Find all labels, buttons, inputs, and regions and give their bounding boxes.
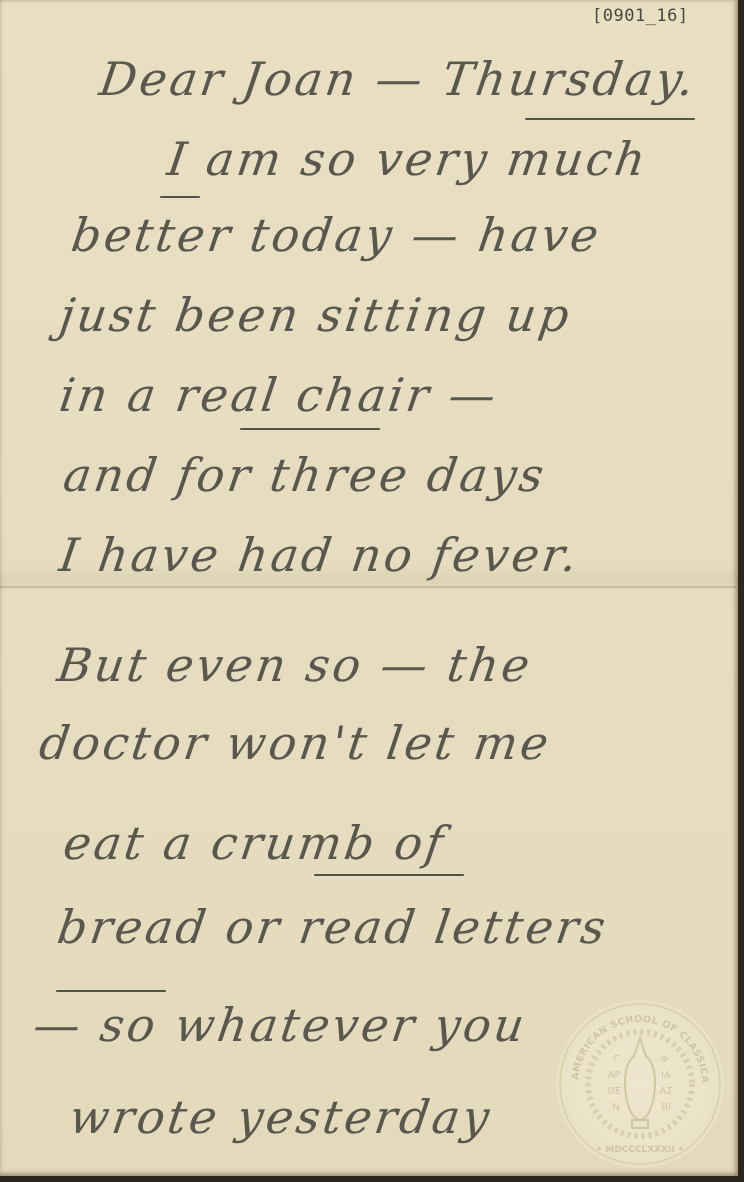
letter-line-1: Dear Joan — Thursday. [96, 52, 700, 106]
letter-line-2: I am so very much [164, 132, 651, 186]
letter-line-5: in a real chair — [56, 368, 502, 422]
fold-line [0, 586, 738, 588]
svg-text:Ν: Ν [612, 1102, 619, 1113]
letter-line-3: better today — have [68, 208, 605, 262]
svg-text:ΘΕ: ΘΕ [607, 1086, 621, 1097]
letter-line-11: bread or read letters [54, 900, 611, 954]
letter-line-13: wrote yesterday [66, 1090, 495, 1144]
letter-line-10: eat a crumb of [60, 816, 449, 870]
underline-real [240, 428, 380, 430]
underline-crumb [314, 874, 464, 876]
svg-text:Γ: Γ [613, 1054, 619, 1065]
svg-text:ΑΣ: ΑΣ [659, 1086, 672, 1097]
svg-text:ΑΡ: ΑΡ [608, 1070, 621, 1081]
underline-thursday [525, 118, 695, 120]
letter-page: [0901_16] Dear Joan — Thursday. I am so … [0, 0, 738, 1176]
letter-line-7: I have had no fever. [56, 528, 583, 582]
letter-line-4: just been sitting up [56, 288, 575, 342]
underline-i [160, 196, 200, 198]
svg-text:• MDCCCLXXXII •: • MDCCCLXXXII • [596, 1145, 683, 1155]
letter-line-8: But even so — the [54, 638, 536, 692]
svg-text:ΙΑ: ΙΑ [661, 1070, 671, 1081]
letter-line-9: doctor won't let me [36, 716, 555, 770]
letter-line-6: and for three days [60, 448, 550, 502]
letter-line-12: — so whatever you [30, 998, 530, 1052]
svg-text:Φ: Φ [660, 1054, 668, 1065]
underline-bread [56, 990, 166, 992]
seal-emblem-icon: AMERICAN SCHOOL OF CLASSICAL STUDIES AT … [556, 1000, 724, 1168]
embossed-seal: AMERICAN SCHOOL OF CLASSICAL STUDIES AT … [556, 1000, 724, 1168]
archive-id-label: [0901_16] [592, 6, 689, 26]
svg-text:ΒΙ: ΒΙ [661, 1102, 671, 1113]
svg-text:AMERICAN SCHOOL OF CLASSICAL S: AMERICAN SCHOOL OF CLASSICAL STUDIES AT … [556, 1000, 710, 1084]
